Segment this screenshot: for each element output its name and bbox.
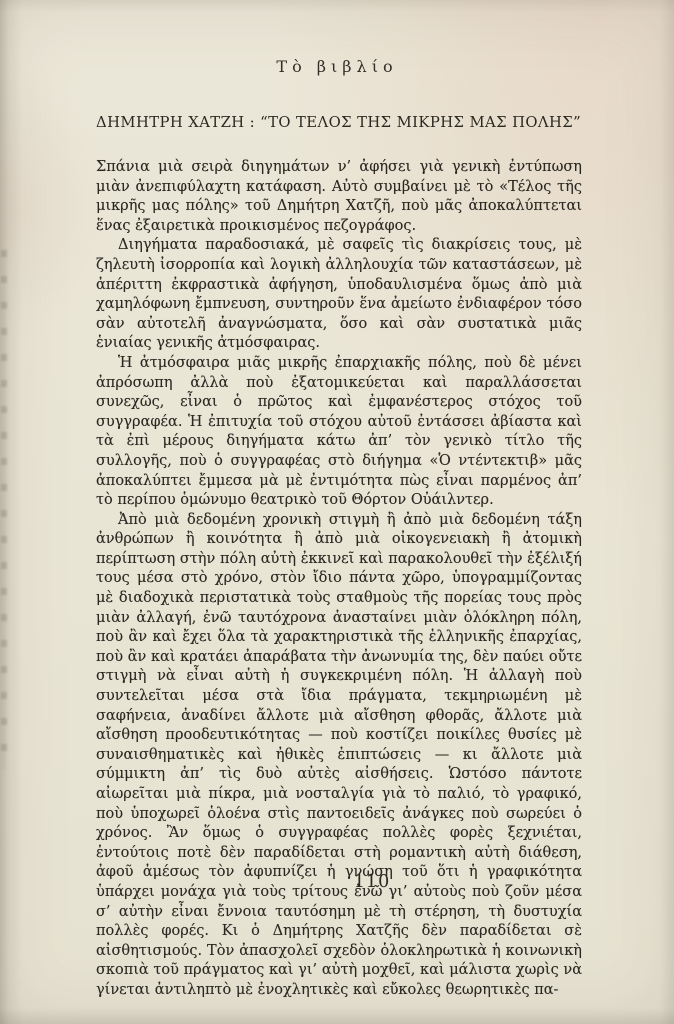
paragraph-2: Διηγήματα παραδοσιακά, μὲ σαφεῖς τὶς δια…: [96, 236, 582, 354]
paragraph-4: Ἀπὸ μιὰ δεδομένη χρονικὴ στιγμὴ ἢ ἀπὸ μι…: [96, 511, 582, 1001]
running-header: Τὸ βιβλίο: [0, 57, 674, 76]
page-number: 110: [0, 872, 674, 892]
paragraph-3: Ἡ ἀτμόσφαιρα μιᾶς μικρῆς ἐπαρχιακῆς πόλη…: [96, 354, 582, 511]
paragraph-1: Σπάνια μιὰ σειρὰ διηγημάτων ν’ ἀφήσει γι…: [96, 158, 582, 236]
scan-edge-artifact: [1, 250, 7, 770]
book-page: Τὸ βιβλίο ΔΗΜΗΤΡΗ ΧΑΤΖΗ : “ΤΟ ΤΕΛΟΣ ΤΗΣ …: [0, 0, 674, 1024]
article-title: ΔΗΜΗΤΡΗ ΧΑΤΖΗ : “ΤΟ ΤΕΛΟΣ ΤΗΣ ΜΙΚΡΗΣ ΜΑΣ…: [96, 114, 581, 131]
